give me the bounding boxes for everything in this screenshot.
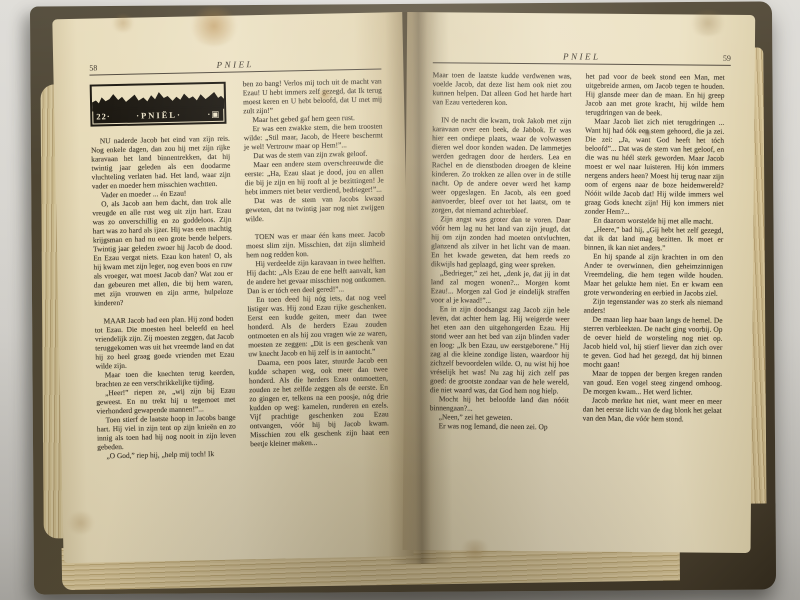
left-page-header: 58 PNIEL (89, 56, 381, 75)
left-page-column-2: ben zo bang! Verlos mij toch uit de mach… (243, 76, 390, 457)
paragraph: TOEN was er maar één kans meer. Jacob mo… (246, 229, 386, 259)
paragraph: Mocht hij het beloofde land dan nóóit bi… (430, 394, 569, 413)
page-number-59: 59 (701, 54, 731, 63)
right-page: PNIEL 59 Maar toen de laatste kudde verd… (403, 12, 756, 553)
left-page-column-1: 22· ·PNIËL· ·▣ NU naderde Jacob het eind… (90, 80, 237, 461)
paragraph: „Heere,” bad hij, „Gij hebt het zelf gez… (584, 225, 723, 253)
paragraph: Maar de toppen der bergen kregen randen … (583, 369, 722, 397)
page-number-58: 58 (89, 63, 119, 73)
paragraph: IN de nacht die kwam, trok Jakob met zij… (431, 115, 571, 215)
right-page-column-1: Maar toen de laatste kudde verdwenen was… (430, 70, 572, 431)
paragraph: O, als Jacob aan hem dacht, dan trok all… (92, 197, 233, 308)
paragraph: De maan liep haar baan langs de hemel. D… (583, 315, 722, 370)
paragraph: En hij spande al zijn krachten in om den… (584, 252, 723, 298)
running-title-right: PNIEL (463, 50, 701, 62)
paragraph: NU naderde Jacob het eind van zijn reis.… (91, 134, 231, 191)
paragraph: „Bedrieger,” zei het, „denk je, dat jij … (431, 268, 570, 305)
paragraph: „O God,” riep hij, „help mij toch! Ik (97, 449, 236, 461)
paragraph: Hij verdeelde zijn karavaan in twee helf… (246, 256, 386, 295)
paragraph: Zijn tegenstander was zo sterk als niema… (584, 297, 723, 316)
stamp-title: ·PNIËL· (136, 111, 182, 121)
paragraph: ben zo bang! Verlos mij toch uit de mach… (243, 76, 383, 115)
paragraph: Er was nog Iemand, die neen zei. Op (430, 421, 569, 431)
paragraph: En in zijn doodsangst zag Jacob zijn hel… (430, 304, 570, 395)
left-page: 58 PNIEL 22· (52, 12, 413, 563)
paragraph: Maar toen de laatste kudde verdwenen was… (432, 70, 571, 107)
paragraph: Daarna, een poos later, stuurde Jacob ee… (248, 355, 389, 448)
header-spacer (351, 66, 381, 67)
stamp-caption: 22· ·PNIËL· ·▣ (93, 108, 223, 124)
paragraph: Toen stierf de laatste hoop in Jacobs ba… (97, 413, 237, 452)
paragraph: Zijn angst was groter dan te voren. Daar… (431, 214, 570, 269)
paragraph: „Heer!” riepen ze, „wij zijn bij Ezau ge… (96, 386, 236, 416)
stamp-number: 22· (96, 112, 111, 121)
chapter-stamp: 22· ·PNIËL· ·▣ (90, 82, 227, 127)
paragraph: En toen deed hij nóg iets, dat nog veel … (247, 292, 387, 358)
right-page-column-2: het pad voor de beek stond een Man, met … (583, 72, 725, 433)
paragraph: Maar Jacob liet zich niet terugdringen .… (584, 117, 724, 217)
stamp-ornament-icon: ·▣ (207, 110, 220, 119)
paragraph: MAAR Jacob had een plan. Hij zond boden … (95, 314, 235, 371)
paragraph: Er was een zwakke stem, die hem troosten… (244, 121, 384, 151)
book-photograph: 58 PNIEL 22· (0, 0, 800, 600)
paragraph: het pad voor de beek stond een Man, met … (585, 72, 724, 118)
right-page-header: PNIEL 59 (433, 50, 731, 66)
paragraph: Maar een andere stem overschreeuwde die … (244, 157, 384, 196)
book-cover: 58 PNIEL 22· (30, 1, 776, 594)
running-title-left: PNIEL (119, 57, 351, 72)
paragraph: Dat was de stem van Jacobs kwaad geweten… (245, 193, 385, 223)
paragraph: Jacob merkte het niet, want meer en meer… (583, 396, 722, 424)
open-spread: 58 PNIEL 22· (56, 10, 756, 567)
